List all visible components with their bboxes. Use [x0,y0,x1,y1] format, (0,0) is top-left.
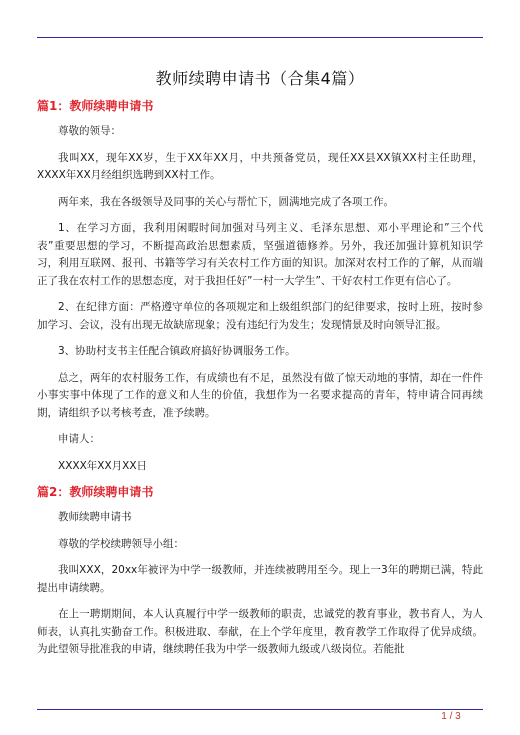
paragraph: 2、在纪律方面：严格遵守单位的各项规定和上级组织部门的纪律要求，按时上班，按时参… [37,299,483,334]
paragraph: 3、协助村支书主任配合镇政府搞好协调服务工作。 [37,343,483,361]
paragraph: 我叫XX，现年XX岁，生于XX年XX月，中共预备党员，现任XX县XX镇XX村主任… [37,150,483,185]
section-heading-2: 篇2：教师续聘申请书 [37,482,483,502]
paragraph: 我叫XXX，20xx年被评为中学一级教师，并连续被聘用至今。现上一3年的聘期已满… [37,562,483,597]
paragraph-salutation: 尊敬的领导： [37,123,483,141]
paragraph: 两年来，我在各级领导及同事的关心与帮忙下，圆满地完成了各项工作。 [37,194,483,212]
section-heading-1: 篇1：教师续聘申请书 [37,96,483,116]
applicant-label: 申请人： [37,431,483,449]
document-body: 篇1：教师续聘申请书 尊敬的领导： 我叫XX，现年XX岁，生于XX年XX月，中共… [37,96,483,659]
paragraph: 在上一聘期期间，本人认真履行中学一级教师的职责，忠诚党的教育事业，教书育人，为人… [37,606,483,659]
date-line: XXXX年XX月XX日 [37,458,483,476]
paragraph-salutation: 尊敬的学校续聘领导小组： [37,536,483,554]
footer-rule [37,709,483,710]
paragraph-subtitle: 教师续聘申请书 [37,509,483,527]
header-rule [37,37,483,38]
document-title: 教师续聘申请书（合集4篇） [0,66,520,89]
paragraph: 总之，两年的农村服务工作，有成绩也有不足，虽然没有做了惊天动地的事情，却在一件件… [37,370,483,423]
paragraph: 1、在学习方面，我利用闲暇时间加强对马列主义、毛泽东思想、邓小平理论和”三个代表… [37,220,483,290]
page-number: 1 / 3 [436,711,466,722]
